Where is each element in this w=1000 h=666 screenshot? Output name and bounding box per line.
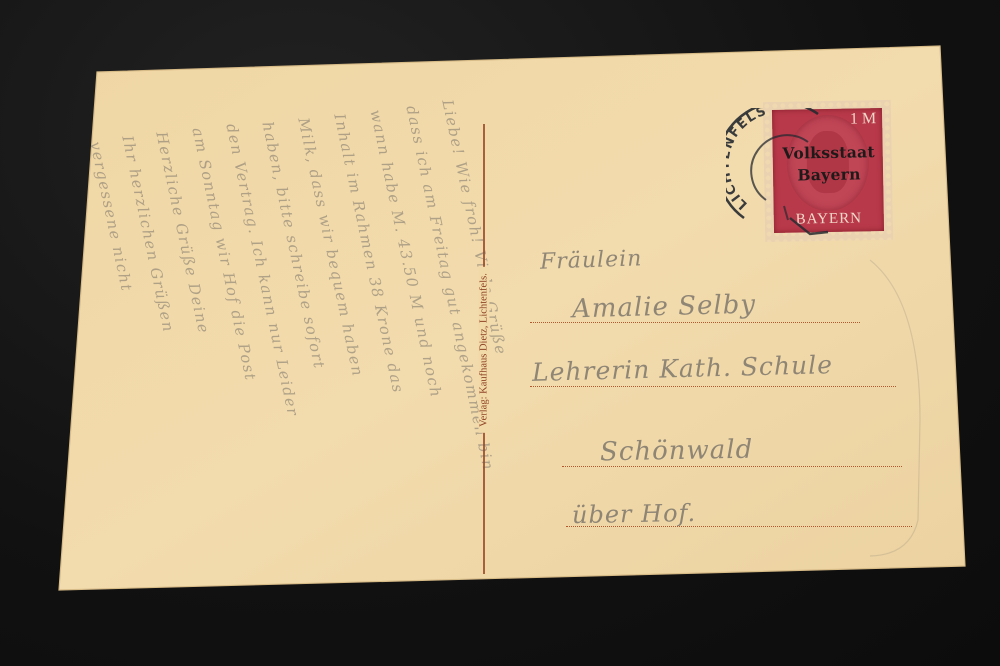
publisher-imprint: Verlag: Kaufhaus Dietz, Lichtenfels. [479, 267, 490, 433]
address-region: über Hof. [572, 499, 697, 529]
address-line-2 [530, 386, 896, 387]
postcard: Liebe! Wie froh! Viele Grüße dass ich am… [0, 0, 1000, 666]
address-salutation: Fräulein [540, 246, 643, 275]
address-name: Amalie Selby [572, 290, 757, 325]
address-town: Schönwald [600, 435, 754, 468]
postmark-cancellation: LICHTENFELS [726, 108, 854, 236]
